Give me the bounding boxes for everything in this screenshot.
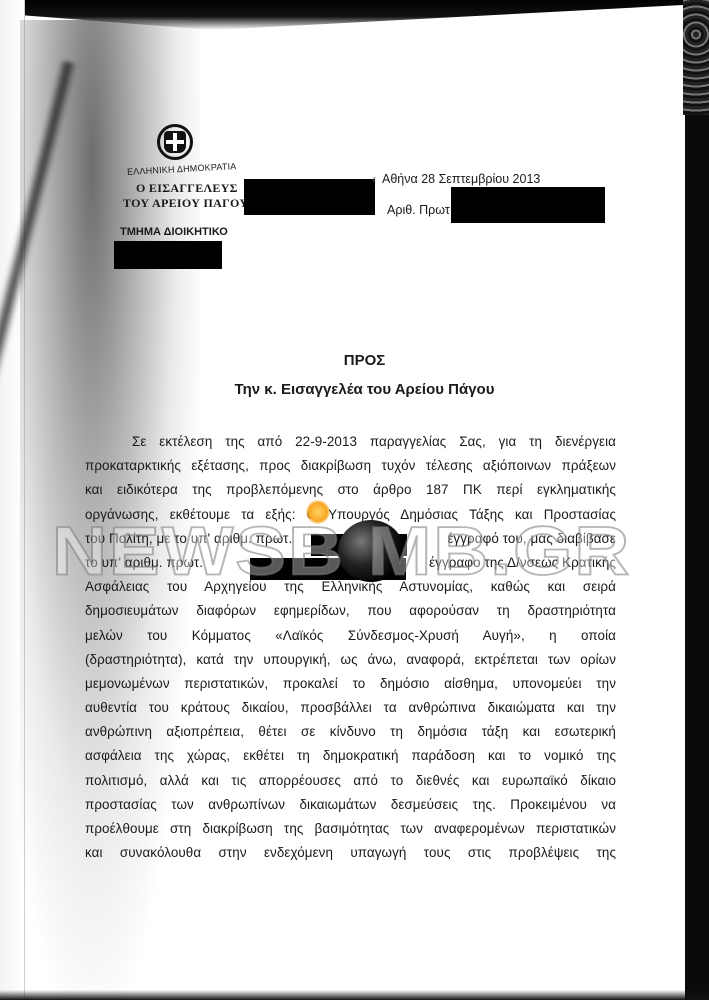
body-line: μεμονωμένων περιστατικών, προκαλεί το δη… <box>85 672 616 696</box>
body-line-part: το υπ' αριθμ. πρωτ. <box>85 551 203 575</box>
body-line: ασφάλεια της χώρας, εκθέτει τη δημοκρατι… <box>85 744 616 768</box>
document-date: Αθήνα 28 Σεπτεμβρίου 2013 <box>382 172 540 186</box>
mark: ‹ <box>372 172 376 186</box>
body-line: ανθρώπινη αξιοπρέπεια, θέτει σε κίνδυνο … <box>85 720 616 744</box>
authority-title-line2: ΤΟΥ ΑΡΕΙΟΥ ΠΑΓΟΥ <box>123 196 248 211</box>
addressee-heading: ΠΡΟΣ <box>0 352 709 369</box>
body-line-part: του Πολίτη, με το υπ' αριθμ. πρωτ. <box>85 527 292 551</box>
scan-edge-right-texture <box>683 0 709 115</box>
republic-label: ΕΛΛΗΝΙΚΗ ΔΗΜΟΚΡΑΤΙΑ <box>127 161 237 177</box>
body-line: προστασίας των ανθρωπίνων δικαιωμάτων δε… <box>85 793 616 817</box>
addressee-recipient: Την κ. Εισαγγελέα του Αρείου Πάγου <box>0 381 709 398</box>
bomb-fuse-icon <box>306 500 330 524</box>
body-line: αυθεντία του κράτους δικαίου, προσβάλλει… <box>85 696 616 720</box>
body-line: πολιτισμό, αλλά και τις απορρέουσες από … <box>85 769 616 793</box>
scan-edge-right <box>685 0 709 1000</box>
redaction-block <box>114 241 222 269</box>
redaction-block <box>451 187 605 223</box>
scan-edge-left <box>0 0 25 1000</box>
redaction-block <box>244 179 375 215</box>
letter-body: Σε εκτέλεση της από 22-9-2013 παραγγελία… <box>85 430 616 865</box>
body-line: δημοσιευμάτων διαφόρων εφημερίδων, που α… <box>85 599 616 623</box>
greek-coat-of-arms-icon <box>157 124 193 160</box>
protocol-number-label: Αριθ. Πρωτ <box>387 203 450 217</box>
bomb-icon <box>338 520 404 582</box>
body-line-part: έγγραφο της Δ/νσεως Κρατικής <box>429 551 616 575</box>
body-line: οργάνωσης, εκθέτουμε τα εξής: Ο Υπουργός… <box>85 503 616 527</box>
body-line: προκαταρκτικής εξέτασης, προς διακρίβωση… <box>85 454 616 478</box>
body-line-part: έγγραφό του, μας διαβίβασε <box>447 527 616 551</box>
body-line: Σε εκτέλεση της από 22-9-2013 παραγγελία… <box>85 430 616 454</box>
authority-title-line1: Ο ΕΙΣΑΓΓΕΛΕΥΣ <box>136 181 238 196</box>
scan-edge-bottom <box>0 990 709 1000</box>
body-line: μελών του Κόμματος «Λαϊκός Σύνδεσμος-Χρυ… <box>85 624 616 648</box>
scanned-document-page: ΕΛΛΗΝΙΚΗ ΔΗΜΟΚΡΑΤΙΑ Ο ΕΙΣΑΓΓΕΛΕΥΣ ΤΟΥ ΑΡ… <box>0 0 709 1000</box>
scan-shadow-top <box>0 0 709 30</box>
body-line: και συνακόλουθα στην ενδεχόμενη υπαγωγή … <box>85 841 616 865</box>
body-line: (δραστηριότητα), κατά την υπουργική, ως … <box>85 648 616 672</box>
body-line: προέλθουμε στη διακρίβωση της βασιμότητα… <box>85 817 616 841</box>
body-line: και ειδικότερα της προβλεπόμενης στο άρθ… <box>85 478 616 502</box>
department-label: ΤΜΗΜΑ ΔΙΟΙΚΗΤΙΚΟ <box>120 226 228 238</box>
